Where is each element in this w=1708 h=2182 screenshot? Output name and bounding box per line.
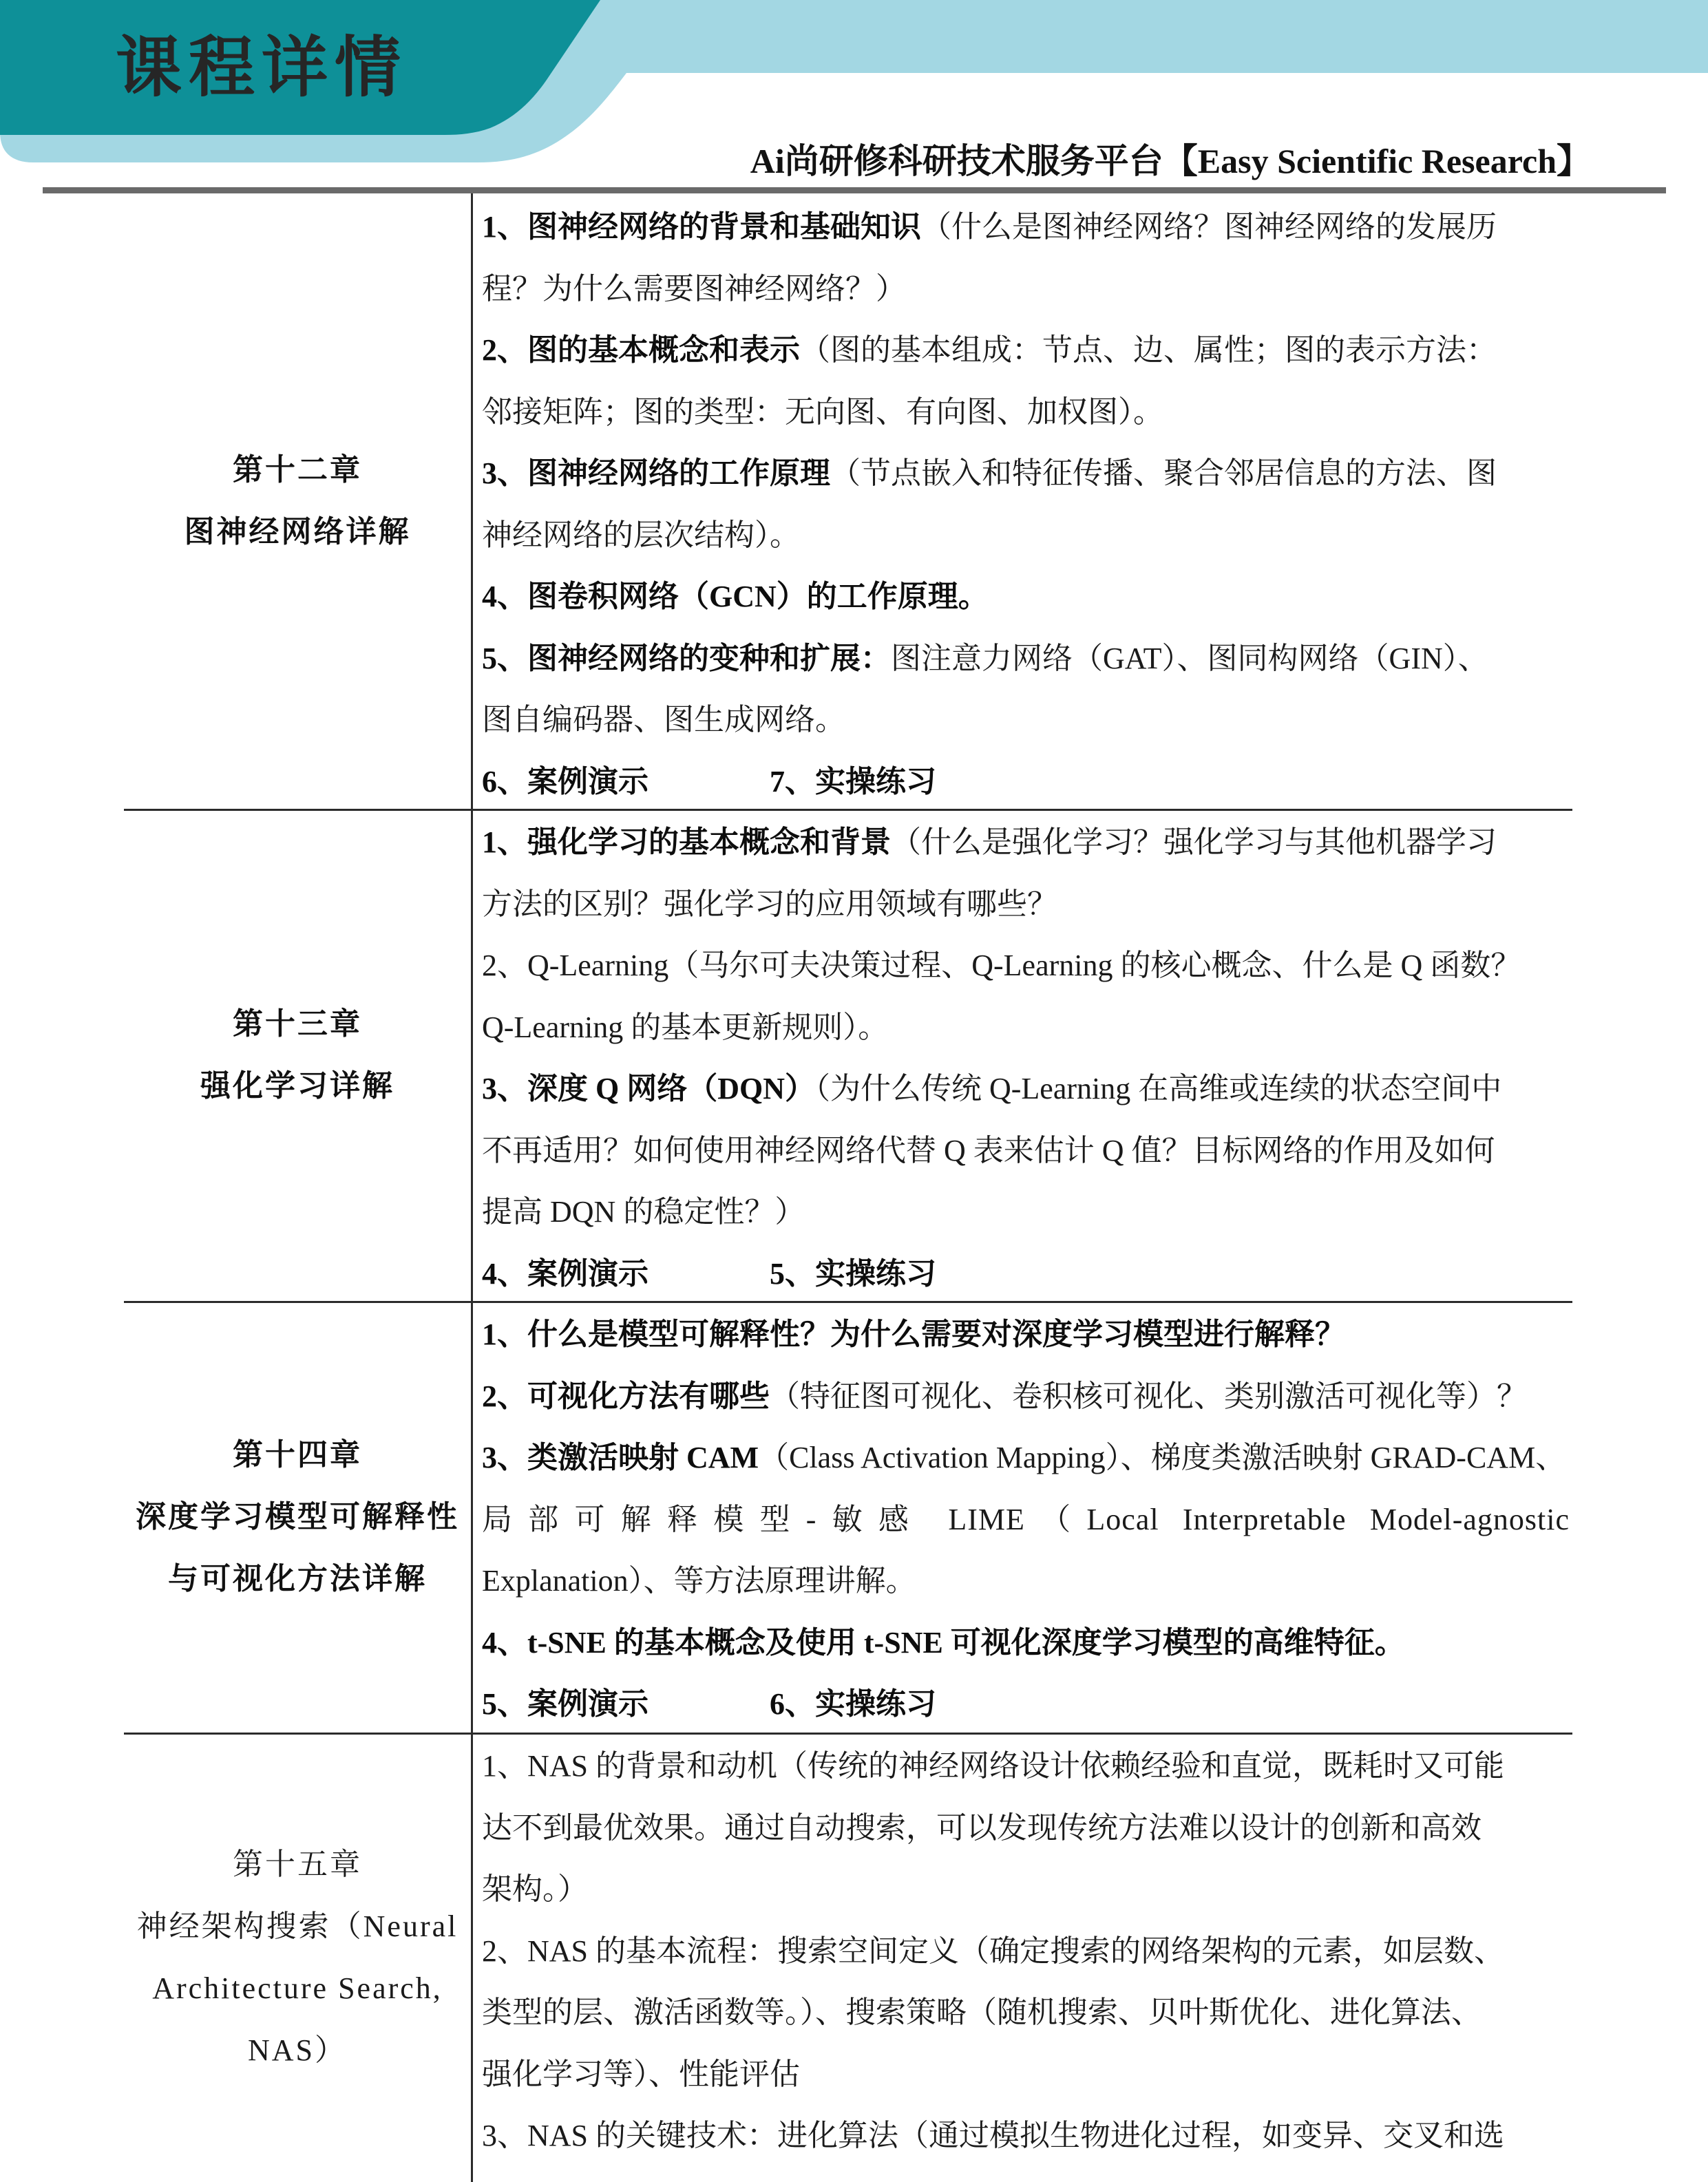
content-line: 5、图神经网络的变种和扩展：图注意力网络（GAT）、图同构网络（GIN）、 [482, 628, 1572, 690]
text-segment: 3、深度 Q 网络（DQN） [482, 1072, 815, 1105]
content-line: 4、图卷积网络（GCN）的工作原理。 [482, 566, 1572, 628]
chapter-label-line: 强化学习详解 [200, 1055, 394, 1117]
text-segment: 6、案例演示 7、实操练习 [482, 765, 936, 798]
chapter-label-line: 深度学习模型可解释性 [136, 1486, 459, 1548]
chapter-label-line: NAS） [248, 2020, 347, 2082]
chapter-label-line: 第十二章 [233, 439, 362, 501]
content-line: 1、什么是模型可解释性？为什么需要对深度学习模型进行解释？ [482, 1304, 1572, 1366]
content-line: 5、案例演示 6、实操练习 [482, 1673, 1572, 1735]
text-segment: 图自编码器、图生成网络。 [482, 703, 845, 737]
content-line: 邻接矩阵；图的类型：无向图、有向图、加权图）。 [482, 381, 1572, 443]
text-segment: 类型的层、激活函数等。）、搜索策略（随机搜索、贝叶斯优化、进化算法、 [482, 1995, 1482, 2029]
page-title: 课程详情 [116, 15, 408, 109]
content-cell: 1、NAS 的背景和动机（传统的神经网络设计依赖经验和直觉，既耗时又可能达不到最… [471, 1733, 1572, 2182]
content-line: 提高 DQN 的稳定性？） [482, 1181, 1572, 1243]
chapter-label-line: 第十五章 [233, 1834, 362, 1896]
text-segment: 2、NAS 的基本流程：搜索空间定义（确定搜索的网络架构的元素，如层数、 [482, 1934, 1504, 1968]
text-segment: 4、案例演示 5、实操练习 [482, 1257, 936, 1291]
text-segment: 程？为什么需要图神经网络？） [482, 272, 906, 306]
text-segment: 3、NAS 的关键技术：进化算法（通过模拟生物进化过程，如变异、交叉和选 [482, 2119, 1504, 2152]
chapter-label-line: 第十四章 [233, 1424, 362, 1486]
header-divider-bar [43, 187, 1666, 193]
text-segment: （图的基本组成：节点、边、属性；图的表示方法： [800, 333, 1497, 367]
row-separator [124, 1733, 1572, 1735]
platform-header: Ai尚研修科研技术服务平台【Easy Scientific Research】 [750, 134, 1591, 183]
text-segment: 强化学习等）、性能评估 [482, 2057, 800, 2091]
text-segment: （特征图可视化、卷积核可视化、类别激活可视化等）？ [770, 1379, 1527, 1413]
text-segment: 1、什么是模型可解释性？为什么需要对深度学习模型进行解释？ [482, 1317, 1345, 1351]
text-segment: （什么是强化学习？强化学习与其他机器学习 [891, 825, 1497, 859]
row-separator [124, 809, 1572, 811]
text-segment: 3、图神经网络的工作原理 [482, 456, 830, 490]
content-line: 3、图神经网络的工作原理（节点嵌入和特征传播、聚合邻居信息的方法、图 [482, 443, 1572, 505]
chapter-label-line: 图神经网络详解 [184, 501, 411, 563]
content-line: 达不到最优效果。通过自动搜索，可以发现传统方法难以设计的创新和高效 [482, 1797, 1572, 1859]
row-separator [124, 1301, 1572, 1303]
text-segment: 3、类激活映射 CAM [482, 1441, 759, 1474]
content-line: 1、强化学习的基本概念和背景（什么是强化学习？强化学习与其他机器学习 [482, 812, 1572, 873]
content-line: 1、NAS 的背景和动机（传统的神经网络设计依赖经验和直觉，既耗时又可能 [482, 1735, 1572, 1797]
text-segment: 1、图神经网络的背景和基础知识 [482, 210, 921, 244]
course-detail-page: 课程详情 Ai尚研修科研技术服务平台【Easy Scientific Resea… [0, 0, 1708, 2182]
text-segment: 5、图神经网络的变种和扩展： [482, 642, 891, 675]
content-line: 架构。） [482, 1858, 1572, 1920]
text-segment: （为什么传统 Q-Learning 在高维或连续的状态空间中 [815, 1072, 1501, 1105]
chapter-label-line: 神经架构搜索（Neural [137, 1896, 458, 1958]
content-line: 3、深度 Q 网络（DQN）（为什么传统 Q-Learning 在高维或连续的状… [482, 1058, 1572, 1120]
text-segment: 4、t-SNE 的基本概念及使用 t-SNE 可视化深度学习模型的高维特征。 [482, 1626, 1405, 1660]
chapter-cell: 第十五章神经架构搜索（NeuralArchitecture Search,NAS… [124, 1733, 471, 2182]
text-segment: 达不到最优效果。通过自动搜索，可以发现传统方法难以设计的创新和高效 [482, 1811, 1482, 1845]
text-segment: 2、Q-Learning（马尔可夫决策过程、Q-Learning 的核心概念、什… [482, 949, 1521, 982]
text-segment: 邻接矩阵；图的类型：无向图、有向图、加权图）。 [482, 395, 1163, 429]
table-row: 第十三章强化学习详解1、强化学习的基本概念和背景（什么是强化学习？强化学习与其他… [124, 809, 1572, 1301]
content-line: 4、案例演示 5、实操练习 [482, 1243, 1572, 1305]
text-segment: 神经网络的层次结构）。 [482, 518, 800, 552]
text-segment: Explanation）、等方法原理讲解。 [482, 1564, 916, 1598]
content-cell: 1、强化学习的基本概念和背景（什么是强化学习？强化学习与其他机器学习方法的区别？… [471, 809, 1572, 1301]
content-line: 神经网络的层次结构）。 [482, 505, 1572, 566]
chapter-label-line: 第十三章 [233, 993, 362, 1055]
content-line: 类型的层、激活函数等。）、搜索策略（随机搜索、贝叶斯优化、进化算法、 [482, 1982, 1572, 2044]
content-cell: 1、图神经网络的背景和基础知识（什么是图神经网络？图神经网络的发展历程？为什么需… [471, 193, 1572, 809]
content-line: 3、类激活映射 CAM（Class Activation Mapping）、梯度… [482, 1427, 1572, 1489]
chapter-cell: 第十二章图神经网络详解 [124, 193, 471, 809]
table-row: 第十二章图神经网络详解1、图神经网络的背景和基础知识（什么是图神经网络？图神经网… [124, 193, 1572, 809]
content-line: 方法的区别？强化学习的应用领域有哪些？ [482, 873, 1572, 935]
content-line: 程？为什么需要图神经网络？） [482, 258, 1572, 320]
content-line: 强化学习等）、性能评估 [482, 2044, 1572, 2106]
chapter-label-line: Architecture Search, [152, 1958, 443, 2020]
text-segment: 5、案例演示 6、实操练习 [482, 1687, 936, 1721]
text-segment: 4、图卷积网络（GCN）的工作原理。 [482, 580, 989, 613]
text-segment: 1、NAS 的背景和动机（传统的神经网络设计依赖经验和直觉，既耗时又可能 [482, 1749, 1504, 1783]
table-row: 第十五章神经架构搜索（NeuralArchitecture Search,NAS… [124, 1733, 1572, 2182]
content-line: Explanation）、等方法原理讲解。 [482, 1550, 1572, 1612]
chapter-label-line: 与可视化方法详解 [168, 1548, 427, 1610]
table-row: 第十四章深度学习模型可解释性与可视化方法详解1、什么是模型可解释性？为什么需要对… [124, 1301, 1572, 1733]
text-segment: （节点嵌入和特征传播、聚合邻居信息的方法、图 [830, 456, 1497, 490]
text-segment: 局部可解释模型-敏感 LIME（Local Interpretable Mode… [482, 1503, 1570, 1536]
text-segment: 提高 DQN 的稳定性？） [482, 1195, 805, 1229]
chapter-cell: 第十四章深度学习模型可解释性与可视化方法详解 [124, 1301, 471, 1733]
content-cell: 1、什么是模型可解释性？为什么需要对深度学习模型进行解释？2、可视化方法有哪些（… [471, 1301, 1572, 1733]
text-segment: 图注意力网络（GAT）、图同构网络（GIN）、 [891, 642, 1488, 675]
text-segment: 方法的区别？强化学习的应用领域有哪些？ [482, 887, 1057, 921]
content-line: 2、Q-Learning（马尔可夫决策过程、Q-Learning 的核心概念、什… [482, 935, 1572, 997]
content-line: 6、案例演示 7、实操练习 [482, 751, 1572, 813]
content-line: 1、图神经网络的背景和基础知识（什么是图神经网络？图神经网络的发展历 [482, 196, 1572, 258]
chapter-cell: 第十三章强化学习详解 [124, 809, 471, 1301]
content-line: 图自编码器、图生成网络。 [482, 689, 1572, 751]
content-line: Q-Learning 的基本更新规则）。 [482, 997, 1572, 1059]
content-line: 3、NAS 的关键技术：进化算法（通过模拟生物进化过程，如变异、交叉和选 [482, 2105, 1572, 2167]
text-segment: Q-Learning 的基本更新规则）。 [482, 1010, 888, 1044]
content-line: 不再适用？如何使用神经网络代替 Q 表来估计 Q 值？目标网络的作用及如何 [482, 1120, 1572, 1182]
text-segment: （Class Activation Mapping）、梯度类激活映射 GRAD-… [759, 1441, 1565, 1474]
text-segment: 1、强化学习的基本概念和背景 [482, 825, 891, 859]
content-line: 2、图的基本概念和表示（图的基本组成：节点、边、属性；图的表示方法： [482, 319, 1572, 381]
text-segment: 2、图的基本概念和表示 [482, 333, 800, 367]
content-line: 局部可解释模型-敏感 LIME（Local Interpretable Mode… [482, 1489, 1572, 1551]
text-segment: 架构。） [482, 1872, 588, 1906]
content-line: 2、NAS 的基本流程：搜索空间定义（确定搜索的网络架构的元素，如层数、 [482, 1920, 1572, 1982]
text-segment: 2、可视化方法有哪些 [482, 1379, 770, 1413]
text-segment: （什么是图神经网络？图神经网络的发展历 [921, 210, 1497, 244]
content-line: 2、可视化方法有哪些（特征图可视化、卷积核可视化、类别激活可视化等）？ [482, 1366, 1572, 1428]
text-segment: 不再适用？如何使用神经网络代替 Q 表来估计 Q 值？目标网络的作用及如何 [482, 1134, 1495, 1167]
content-line: 4、t-SNE 的基本概念及使用 t-SNE 可视化深度学习模型的高维特征。 [482, 1612, 1572, 1674]
